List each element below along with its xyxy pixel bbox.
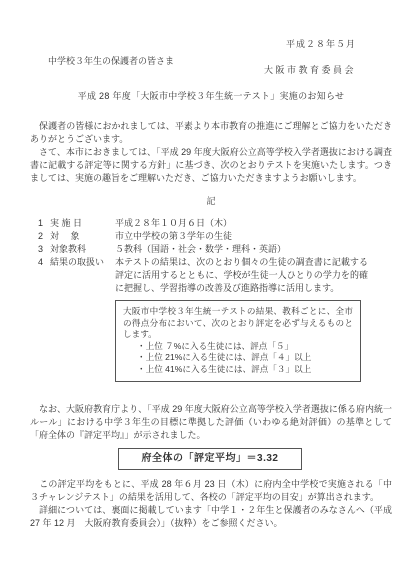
document-title: 平成 28 年度「大阪市中学校３年生統一テスト」実施のお知らせ [30,90,392,103]
list-item-number: 3 [38,243,50,256]
average-score-text: 府全体の「評定平均」＝3.32 [142,453,279,464]
ki-marker: 記 [30,195,392,208]
list-item-value: 市立中学校の第３学年の生徒 [115,230,368,243]
list-item-label: 対 象 [50,230,115,243]
criteria-bullet-top21: ・上位 21%に入る生徒には、評点「４」以上 [137,352,353,364]
list-item-label: 結果の取扱い [50,256,115,295]
criteria-bullet-list: ・上位 ７%に入る生徒には、評点「５」 ・上位 21%に入る生徒には、評点「４」… [137,341,353,376]
detail-list: 1 実 施 日 平成２８年１０月６日（木） 2 対 象 市立中学校の第３学年の生… [38,217,392,295]
list-item-label: 対象教科 [50,243,115,256]
criteria-bullet-top41: ・上位 41%に入る生徒には、評点「３」以上 [137,364,353,376]
list-item-number: 4 [38,256,50,295]
list-item-label: 実 施 日 [50,217,115,230]
list-item-value: 平成２８年１０月６日（木） [115,217,368,230]
list-item-subjects: 3 対象教科 ５教科（国語・社会・数学・理科・英語） [38,243,392,256]
list-item-number: 1 [38,217,50,230]
list-item-target: 2 対 象 市立中学校の第３学年の生徒 [38,230,392,243]
list-item-value: 本テストの結果は、次のとおり個々の生徒の調査書に記載する評定に活用するとともに、… [115,256,368,295]
list-item-date: 1 実 施 日 平成２８年１０月６日（木） [38,217,392,230]
list-item-number: 2 [38,230,50,243]
criteria-bullet-top7: ・上位 ７%に入る生徒には、評点「５」 [137,341,353,353]
list-item-result-handling: 4 結果の取扱い 本テストの結果は、次のとおり個々の生徒の調査書に記載する評定に… [38,256,392,295]
document-page: 平成２８年５月 大阪市教育委員会 中学校３年生の保護者の皆さま 平成 28 年度… [0,0,420,571]
average-score-box: 府全体の「評定平均」＝3.32 [118,448,302,470]
intro-paragraph-1: 保護者の皆様におかれましては、平素より本市教育の推進にご理解とご協力をいただきあ… [30,120,392,146]
list-item-value: ５教科（国語・社会・数学・理科・英語） [115,243,368,256]
prefecture-rule-paragraph: なお、大阪府教育庁より、「平成 29 年度大阪府公立高等学校入学者選抜に係る府内… [30,403,392,442]
outro-paragraph-2: 詳細については、裏面に掲載しています「中学１・２年生と保護者のみなさんへ（平成 … [30,504,392,530]
grading-criteria-box: 大阪市中学校３年生統一テストの結果、教科ごとに、全市の得点分布において、次のとお… [115,300,361,382]
outro-paragraph-1: この評定平均をもとに、平成 28 年６月 23 日（木）に府内全中学校で実施され… [30,478,392,504]
intro-paragraph-2: さて、本市におきましては、「平成 29 年度大阪府公立高等学校入学者選抜における… [30,146,392,185]
criteria-lead-text: 大阪市中学校３年生統一テストの結果、教科ごとに、全市の得点分布において、次のとお… [123,306,353,341]
document-date: 平成２８年５月 [30,38,392,51]
